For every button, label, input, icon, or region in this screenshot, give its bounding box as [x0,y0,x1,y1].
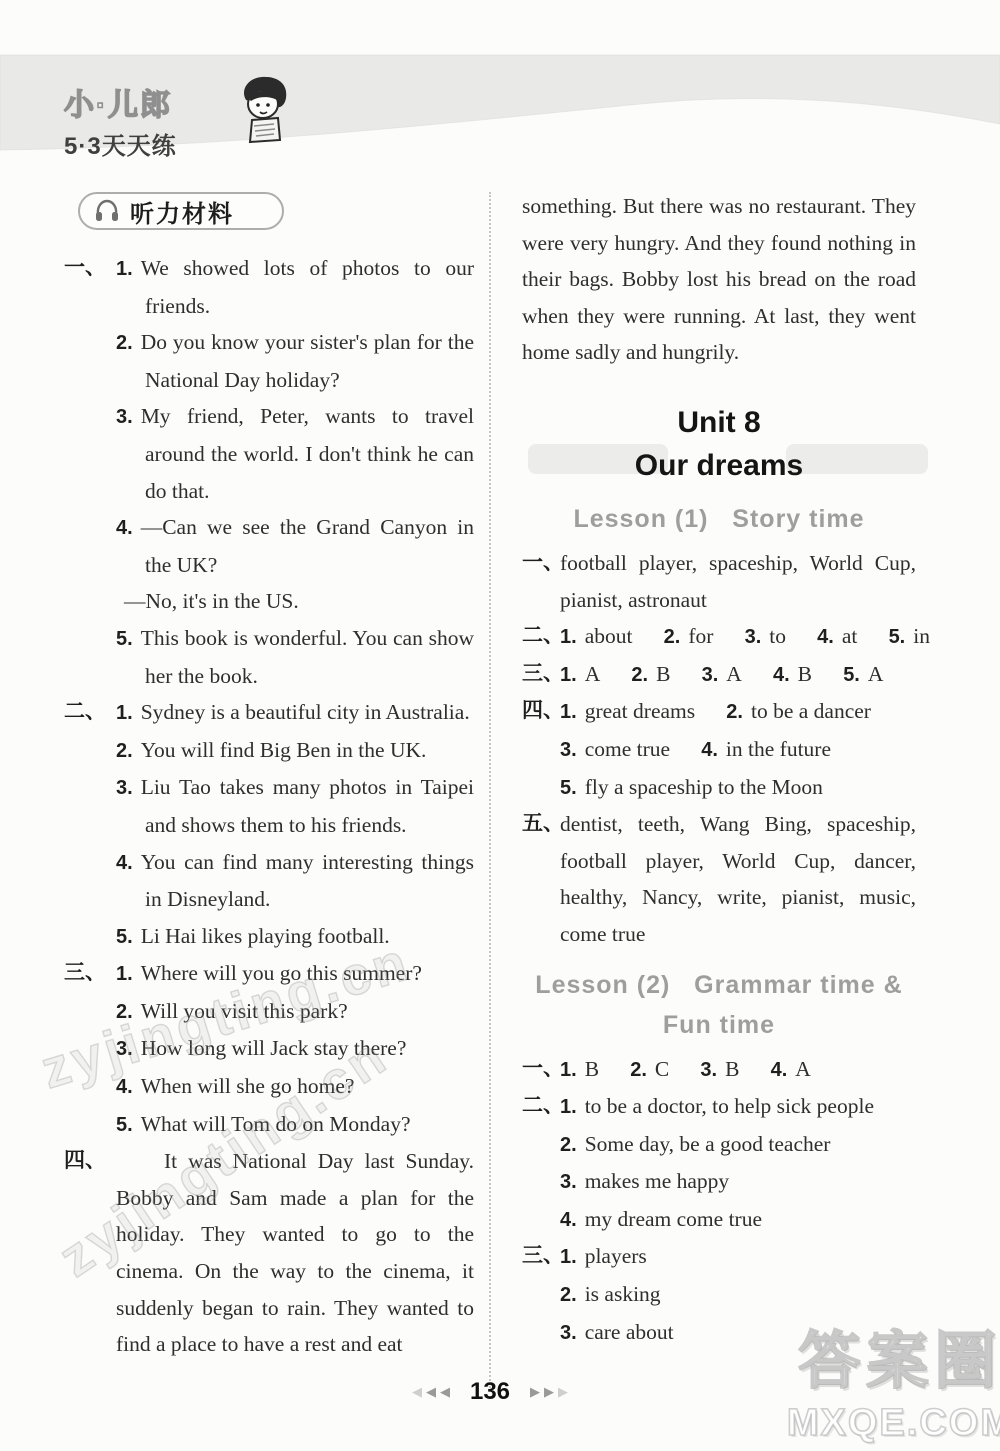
section-marker: 二、 [522,618,564,655]
answer-text: A [585,662,601,686]
listening-materials-badge: 听力材料 [78,192,284,230]
answers-row: 1.about2.for3.to4.at5.in [560,618,916,656]
answer-number: 4. [701,739,718,761]
answer-item: 5.Li Hai likes playing football. [116,918,474,956]
answer-item: 2.You will find Big Ben in the UK. [116,732,474,770]
section-body: 1.A2.B3.A4.B5.A [560,656,916,694]
lesson-heading: Lesson (2) Grammar time &Fun time [522,965,916,1045]
section-body: 1.to be a doctor, to help sick people2.S… [560,1088,916,1238]
answer-number: 3. [745,626,762,648]
section-body: It was National Day last Sunday. Bobby a… [116,1143,474,1363]
column-divider [489,192,491,1388]
answer-text: B [725,1057,739,1081]
answer-item: 2.Do you know your sister's plan for the… [116,324,474,398]
answer-item: 1.Sydney is a beautiful city in Australi… [116,694,474,732]
item-number: 2. [560,1134,577,1156]
item-number: 3. [560,1171,577,1193]
answer-item: 1.We showed lots of photos to our friend… [116,250,474,324]
answer-item: 2.Some day, be a good teacher [560,1126,916,1164]
item-text: care about [585,1320,674,1344]
answer-text: B [585,1057,599,1081]
item-text: Li Hai likes playing football. [141,924,390,948]
left-column: 一、1.We showed lots of photos to our frie… [64,250,474,1363]
answers-row: 1.A2.B3.A4.B5.A [560,656,916,694]
answer-part: 4.B [773,662,812,686]
boy-reading-icon [234,74,296,150]
item-number: 2. [116,332,133,354]
answer-item: 1.to be a doctor, to help sick people [560,1088,916,1126]
section-marker: 一、 [64,250,106,287]
answer-text: come true [585,737,670,761]
item-number: 2. [560,1284,577,1306]
answer-text: B [656,662,670,686]
section-body: 1.We showed lots of photos to our friend… [116,250,474,694]
answer-text: about [585,624,633,648]
answer-item: 3.makes me happy [560,1163,916,1201]
item-number: 1. [116,258,133,280]
answer-part: 3.B [700,1057,739,1081]
answer-number: 2. [664,626,681,648]
answer-part: 2.for [664,624,714,648]
section-marker: 三、 [522,1238,564,1275]
item-number: 3. [116,777,133,799]
watermark-mxqe: MXQE.COM [787,1402,1000,1445]
item-text: You can find many interesting things in … [141,850,474,912]
section-marker: 四、 [64,1143,106,1180]
answer-part: 5.A [843,662,883,686]
next-page-icon: ▶ [558,1385,568,1400]
item-text: my dream come true [585,1207,762,1231]
answer-number: 5. [843,664,860,686]
answer-item: football player, spaceship, World Cup, p… [560,545,916,618]
section-marker: 三、 [522,656,564,693]
lesson-heading: Lesson (1) Story time [522,499,916,539]
answer-number: 4. [773,664,790,686]
section-marker: 二、 [522,1088,564,1125]
book-page: 小·儿郎 5·3天天练 听力材料 一、1.We showed lots of p… [0,0,1000,1451]
answer-part: 1.about [560,624,632,648]
answer-section: 五、dentist, teeth, Wang Bing, spaceship, … [522,806,916,952]
transcript-paragraph: It was National Day last Sunday. Bobby a… [116,1143,474,1363]
item-text: How long will Jack stay there? [141,1036,407,1060]
answer-item: 2.Will you visit this park? [116,993,474,1031]
answer-part: 5.in [889,624,930,648]
answer-part: 2.B [631,662,670,686]
answer-part: 4.A [771,1057,811,1081]
prev-page-icon: ◀ [426,1385,436,1400]
answer-text: for [688,624,713,648]
next-page-icon: ▶ [544,1385,554,1400]
unit-title-line: Unit 8 [522,401,916,444]
answer-item: 5.This book is wonderful. You can show h… [116,620,474,694]
dialogue-reply-line: —No, it's in the US. [116,583,474,620]
item-number: 1. [116,963,133,985]
answer-part: 3.to [745,624,786,648]
item-text: Do you know your sister's plan for the N… [141,330,474,392]
section-body: dentist, teeth, Wang Bing, spaceship, fo… [560,806,916,952]
headphones-icon [94,199,120,223]
answer-section: 三、1.A2.B3.A4.B5.A [522,656,916,694]
answer-number: 4. [817,626,834,648]
item-text: Where will you go this summer? [141,961,422,985]
answer-item: 4.—Can we see the Grand Canyon in the UK… [116,509,474,583]
answer-number: 2. [726,701,743,723]
item-text: Will you visit this park? [141,999,348,1023]
section-marker: 一、 [522,1051,564,1088]
item-number: 4. [116,517,133,539]
answer-part: 4.in the future [701,737,831,761]
item-number: 3. [116,406,133,428]
item-text: When will she go home? [141,1074,355,1098]
answers-row: 1.great dreams2.to be a dancer [560,693,916,731]
answer-text: great dreams [585,699,695,723]
answer-section: 三、1.Where will you go this summer?2.Will… [64,955,474,1143]
answer-part: 1.great dreams [560,699,695,723]
answers-row: 5.fly a spaceship to the Moon [560,769,916,807]
item-text: This book is wonderful. You can show her… [141,626,474,688]
item-number: 5. [116,926,133,948]
item-text: Sydney is a beautiful city in Australia. [141,700,470,724]
section-body: 1.B2.C3.B4.A [560,1051,916,1089]
right-column: something. But there was no restaurant. … [522,188,916,1351]
answer-text: A [795,1057,811,1081]
answer-number: 3. [560,739,577,761]
answer-section: 一、1.B2.C3.B4.A [522,1051,916,1089]
item-number: 1. [116,702,133,724]
lesson-title-line: Lesson (1) Story time [522,499,916,539]
answer-text: to be a dancer [751,699,871,723]
answer-text: to [769,624,786,648]
answers-row: 1.B2.C3.B4.A [560,1051,916,1089]
answer-part: 2.to be a dancer [726,699,871,723]
answer-section: 一、1.We showed lots of photos to our frie… [64,250,474,694]
section-marker: 四、 [522,693,564,730]
item-number: 3. [560,1322,577,1344]
answer-section: 一、football player, spaceship, World Cup,… [522,545,916,618]
answer-text: C [655,1057,669,1081]
answer-section: 三、1.players2.is asking3.care about [522,1238,916,1351]
item-number: 2. [116,1001,133,1023]
answer-item: 3.My friend, Peter, wants to travel arou… [116,398,474,509]
item-text: Some day, be a good teacher [585,1132,831,1156]
prev-page-icon: ◀ [440,1385,450,1400]
item-text: players [585,1244,647,1268]
transcript-continuation: something. But there was no restaurant. … [522,188,916,371]
answer-item: 5.What will Tom do on Monday? [116,1106,474,1144]
item-number: 5. [116,628,133,650]
item-text: —No, it's in the US. [124,589,299,613]
answer-text: in [913,624,930,648]
section-body: 1.Where will you go this summer?2.Will y… [116,955,474,1143]
answer-section: 二、1.to be a doctor, to help sick people2… [522,1088,916,1238]
answer-part: 1.B [560,1057,599,1081]
item-text: Liu Tao takes many photos in Taipei and … [141,775,474,837]
item-text: You will find Big Ben in the UK. [141,738,427,762]
item-text: dentist, teeth, Wang Bing, spaceship, fo… [560,812,916,946]
unit-title-line: Our dreams [522,444,916,487]
answers-row: 3.come true4.in the future [560,731,916,769]
answer-item: 4.You can find many interesting things i… [116,844,474,918]
answer-part: 1.A [560,662,600,686]
lesson-title-line: Lesson (2) Grammar time & [522,965,916,1005]
page-number: 136 [470,1378,510,1405]
badge-label: 听力材料 [130,194,234,229]
answer-part: 2.C [630,1057,669,1081]
section-marker: 三、 [64,955,106,992]
item-number: 2. [116,740,133,762]
answer-number: 3. [702,664,719,686]
item-text: football player, spaceship, World Cup, p… [560,551,916,612]
prev-page-icon: ◀ [412,1385,422,1400]
item-number: 4. [560,1209,577,1231]
item-number: 3. [116,1038,133,1060]
page-footer: ◀◀◀ 136 ▶▶▶ [0,1378,980,1406]
section-body: 1.players2.is asking3.care about [560,1238,916,1351]
lesson-title-line: Fun time [522,1005,916,1045]
answer-item: 4.my dream come true [560,1201,916,1239]
item-text: We showed lots of photos to our friends. [141,256,474,318]
item-text: What will Tom do on Monday? [141,1112,411,1136]
answer-text: A [868,662,884,686]
brand-logo: 小·儿郎 5·3天天练 [64,80,294,161]
item-text: makes me happy [585,1169,730,1193]
answer-part: 4.at [817,624,857,648]
item-text: —Can we see the Grand Canyon in the UK? [141,515,474,577]
answer-part: 5.fly a spaceship to the Moon [560,775,823,799]
answer-item: 2.is asking [560,1276,916,1314]
answer-section: 二、1.Sydney is a beautiful city in Austra… [64,694,474,955]
section-body: 1.great dreams2.to be a dancer3.come tru… [560,693,916,806]
answer-item: 3.care about [560,1314,916,1352]
item-number: 4. [116,1076,133,1098]
answer-part: 3.A [702,662,742,686]
answer-text: in the future [726,737,831,761]
answer-number: 5. [560,777,577,799]
section-body: 1.Sydney is a beautiful city in Australi… [116,694,474,955]
section-body: 1.about2.for3.to4.at5.in [560,618,916,656]
answer-section: 四、It was National Day last Sunday. Bobby… [64,1143,474,1363]
answer-number: 2. [630,1059,647,1081]
answer-section: 四、1.great dreams2.to be a dancer3.come t… [522,693,916,806]
answer-text: A [726,662,742,686]
item-number: 4. [116,852,133,874]
answer-section: 二、1.about2.for3.to4.at5.in [522,618,916,656]
answer-number: 4. [771,1059,788,1081]
answer-item: dentist, teeth, Wang Bing, spaceship, fo… [560,806,916,952]
answer-item: 3.Liu Tao takes many photos in Taipei an… [116,769,474,843]
answer-text: at [842,624,858,648]
answer-item: 4.When will she go home? [116,1068,474,1106]
answer-text: B [798,662,812,686]
section-marker: 一、 [522,545,564,582]
section-marker: 二、 [64,694,106,731]
unit-title: Unit 8Our dreams [522,401,916,487]
answer-item: 3.How long will Jack stay there? [116,1030,474,1068]
answer-item: 1.players [560,1238,916,1276]
item-number: 5. [116,1114,133,1136]
answer-part: 3.come true [560,737,670,761]
answer-number: 3. [700,1059,717,1081]
next-page-icon: ▶ [530,1385,540,1400]
answer-text: fly a spaceship to the Moon [585,775,823,799]
item-text: My friend, Peter, wants to travel around… [141,404,474,502]
answer-number: 5. [889,626,906,648]
item-text: is asking [585,1282,661,1306]
answer-item: 1.Where will you go this summer? [116,955,474,993]
section-body: football player, spaceship, World Cup, p… [560,545,916,618]
answer-number: 2. [631,664,648,686]
item-text: to be a doctor, to help sick people [585,1094,874,1118]
section-marker: 五、 [522,806,564,843]
